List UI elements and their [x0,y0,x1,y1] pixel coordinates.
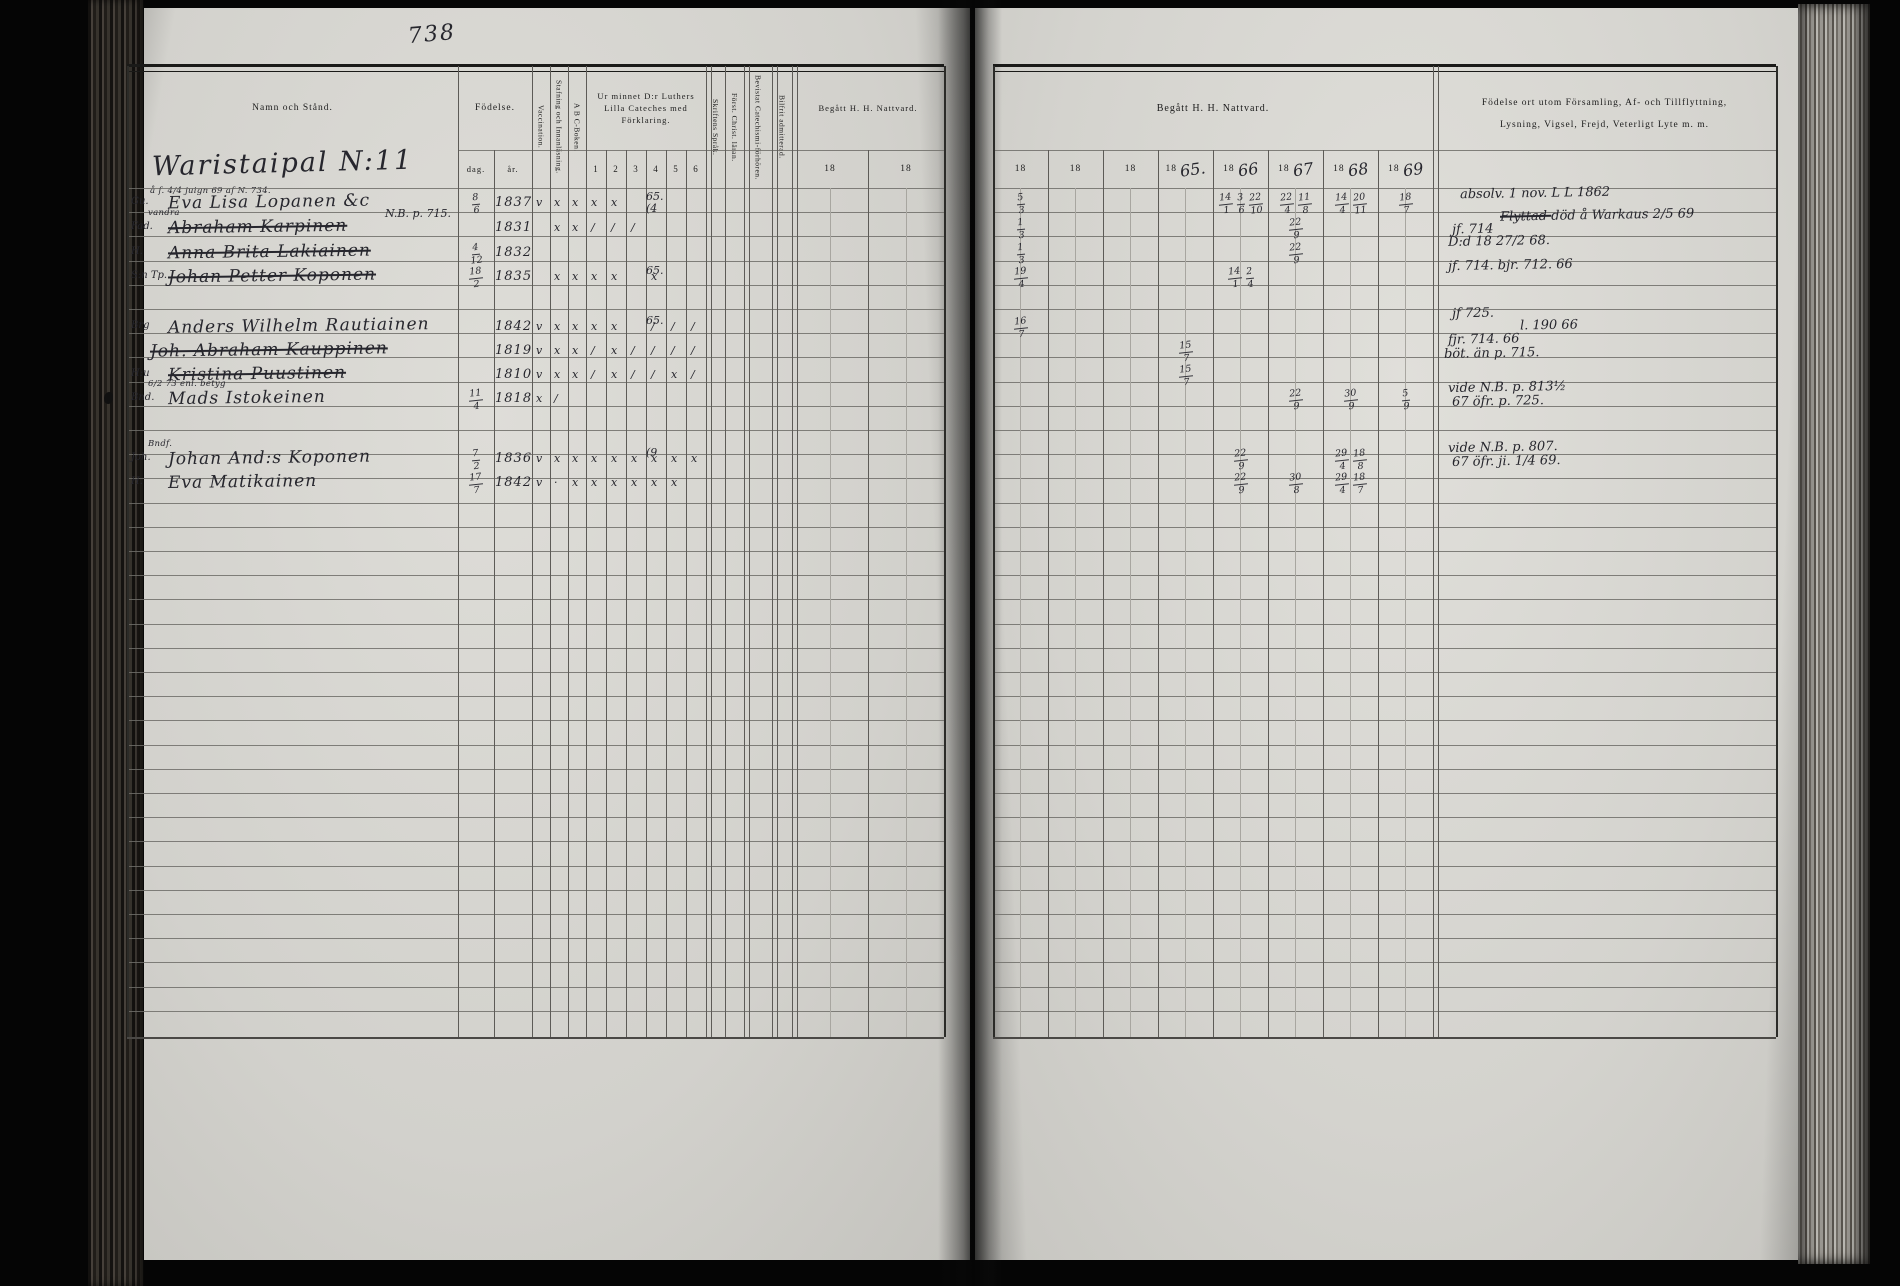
rule-line [127,575,944,576]
reading-mark: x [591,320,597,333]
rule-line [127,527,944,528]
reading-mark: ∕ [554,392,558,405]
rule-line [993,503,1776,504]
rule-line [1405,188,1406,1037]
rule-line [993,624,1776,625]
nattvard-year-cell: 18 [1048,150,1103,188]
annotation-text: 67 öfr. p. 725. [1452,393,1544,410]
rule-line [127,672,944,673]
reading-mark: ∕ [691,344,695,357]
rule-line [772,66,778,1037]
hand-fraction: 229 [1232,472,1248,495]
hand-fraction: 59 [1400,389,1410,412]
reading-mark: x [591,270,597,283]
reading-mark: ∕ [671,344,675,357]
nattvard-year-cell: 1868 [1323,150,1378,188]
church-record-book-scan: 738 Namn och Stånd. Födelse. dag. år. Va… [0,0,1900,1286]
communion-date: 294188 [1332,449,1368,471]
table-top-border [993,71,1776,72]
communion-date: 224118 [1277,193,1313,215]
hand-fraction: 294 [1333,448,1349,471]
rule-line [993,357,1776,358]
book-edge-right [1798,4,1870,1264]
communion-date: 229 [1231,473,1249,495]
reading-mark: ∕ [691,320,695,333]
reading-mark: x [572,221,578,234]
communion-date: 294187 [1332,473,1368,495]
reading-mark: v [536,344,542,357]
margin-annotation: 67 öfr. p. 725. [1452,393,1544,410]
rule-line [127,866,944,867]
communion-date: 229 [1231,449,1249,471]
rule-line [993,599,1776,600]
annotation-text: jf 725. [1452,306,1494,322]
reading-mark: ∕ [591,344,595,357]
hand-fraction: 182 [468,266,484,289]
reading-mark: x [611,196,617,209]
reading-mark: x [671,368,677,381]
year-printed: 18 [1388,164,1400,174]
catechism-visit-mark: (4 [646,202,657,215]
person-name: Mads Istokeinen [168,387,326,409]
reading-mark: x [554,344,560,357]
hand-fraction: 188 [1351,448,1367,471]
nattvard-year-cell: 1869 [1378,150,1433,188]
birth-year: 1831 [495,220,532,235]
hand-fraction: 187 [1397,192,1413,215]
rule-line [993,309,1776,310]
nattvard-year-cell: 1867 [1268,150,1323,188]
reading-mark: v [536,452,542,465]
rule-line [127,817,944,818]
rule-line [993,66,995,1037]
row-prefix: Bnd. [131,392,154,403]
reading-mark: x [554,368,560,381]
rule-line [993,478,1776,479]
hand-fraction: 141 [1217,192,1233,215]
row-prefix: S:n Tp. [131,270,167,281]
reading-mark: x [591,196,597,209]
row-note-right: N.B. p. 715. [385,207,451,220]
hand-fraction: 2210 [1247,192,1263,215]
table-bottom-border [127,1037,944,1039]
communion-date: 309 [1341,389,1359,411]
reading-mark: x [572,196,578,209]
reading-mark: x [554,270,560,283]
rule-line [626,150,627,1037]
person-name: Joh. Abraham Kauppinen [150,338,388,361]
reading-mark: x [671,452,677,465]
rule-line [1323,150,1324,1037]
reading-mark: x [572,320,578,333]
annotation-text: l. 190 66 [1520,317,1578,333]
communion-date: 141362210 [1216,193,1264,215]
margin-annotation: jf. 714. bjr. 712. 66 [1448,257,1573,274]
header-abc-boken: A B C-Boken. [568,66,586,188]
rule-line [993,648,1776,649]
rule-line [993,382,1776,383]
annotation-text: D:d 18 27/2 68. [1448,233,1550,250]
birth-day: 86 [470,193,482,215]
birth-year: 1842 [495,319,532,334]
communion-date: 308 [1286,473,1304,495]
person-name: Johan And:s Koponen [168,447,371,470]
rule-line [744,66,750,1037]
nattvard-year-cell: 1866 [1213,150,1268,188]
header-begatt-nattvard-left: Begått H. H. Nattvard. [792,66,944,150]
nattvard-year-cell: 18 [792,150,868,188]
communion-date: 229 [1286,218,1304,240]
hand-fraction: 53 [1015,193,1025,216]
hand-fraction: 177 [468,472,484,495]
communion-date: 53 [1014,193,1026,215]
reading-mark: ∕ [591,368,595,381]
reading-mark: x [572,476,578,489]
person-name: Abraham Karpinen [168,216,348,239]
reading-mark: x [611,452,617,465]
header-namn-och-stand: Namn och Stånd. [127,66,458,150]
reading-mark: x [572,368,578,381]
reading-mark: x [572,344,578,357]
year-handwritten: 66 [1236,158,1259,180]
rule-line [993,261,1776,262]
luther-col-number: 2 [606,150,626,188]
rule-line [1268,150,1269,1037]
reading-mark: x [554,320,560,333]
communion-date: 194 [1011,267,1029,289]
margin-annotation: l. 190 66 [1520,317,1578,333]
table-bottom-border [993,1037,1776,1039]
reading-mark: ∕ [631,368,635,381]
rule-line [1213,150,1214,1037]
birth-year: 1819 [495,343,532,358]
row-prefix: Fad. [131,221,153,232]
communion-date: 229 [1286,243,1304,265]
rule-line [127,430,944,431]
rule-line [606,150,607,1037]
row-prefix: Gu. [131,196,149,207]
reading-mark: v [536,320,542,333]
rule-line [993,188,1776,189]
rule-line [993,150,1776,151]
reading-mark: x [611,476,617,489]
hand-fraction: 114 [468,388,484,411]
reading-mark: x [631,476,637,489]
rule-line [127,624,944,625]
rule-line [993,454,1776,455]
communion-date: 13 [1014,218,1026,240]
birth-day: 177 [467,473,485,495]
rule-line [993,987,1776,988]
reading-mark: x [572,452,578,465]
rule-line [127,648,944,649]
birth-day: 114 [467,389,485,411]
reading-mark: ∕ [651,344,655,357]
reading-mark: ∕ [631,344,635,357]
rule-line [1378,150,1379,1037]
annotation-text: 67 öfr. ji. 1/4 69. [1452,453,1561,470]
rule-line [127,599,944,600]
rule-line [127,696,944,697]
header-fodelse: Födelse. [458,66,532,150]
rule-line [1048,150,1049,1037]
row-prefix: H. [131,246,143,257]
row-note-above: vandra [148,208,180,218]
reading-mark: x [554,221,560,234]
reading-mark: x [554,196,560,209]
catechism-visit-mark: 65. [646,314,664,327]
rule-line [993,866,1776,867]
rule-line [993,285,1776,286]
page-number: 738 [407,20,457,49]
annotation-text: böt. än p. 715. [1444,345,1540,362]
reading-mark: ∕ [591,221,595,234]
rule-line [127,745,944,746]
rule-line [993,793,1776,794]
birth-year: 1842 [495,475,532,490]
table-top-border [127,71,944,72]
birth-year: 1836 [495,451,532,466]
nattvard-year-cell: 1865. [1158,150,1213,188]
reading-mark: x [651,476,657,489]
reading-mark: x [611,344,617,357]
luther-col-number: 3 [626,150,646,188]
rule-line [993,745,1776,746]
hand-fraction: 224 [1278,192,1294,215]
margin-annotation: böt. än p. 715. [1444,345,1540,362]
rule-line [127,890,944,891]
rule-line [993,551,1776,552]
nattvard-year-cell: 18 [1103,150,1158,188]
hand-fraction: 24 [1244,267,1254,290]
rule-line [993,333,1776,334]
hand-fraction: 13 [1015,218,1025,241]
year-printed: 18 [1070,164,1082,174]
hand-fraction: 167 [1012,316,1028,339]
rule-line [1130,188,1131,1037]
rule-line [127,188,944,189]
hand-fraction: 229 [1287,388,1303,411]
row-prefix: H:u [131,368,150,379]
hand-fraction: 187 [1351,472,1367,495]
annotation-text: jf. 714. bjr. 712. 66 [1448,257,1573,274]
year-handwritten: 65. [1179,158,1207,180]
year-handwritten: 69 [1401,158,1424,180]
person-name: Eva Lisa Lopanen &c [168,191,370,214]
communion-date: 167 [1011,317,1029,339]
rule-line [830,188,831,1037]
rule-line [906,188,907,1037]
rule-line [1295,188,1296,1037]
header-stafning: Stafning och Innanläsning. [550,66,568,188]
reading-mark: x [591,452,597,465]
table-top-border [127,64,944,67]
rule-line [127,551,944,552]
reading-mark: ∕ [651,368,655,381]
rule-line [993,914,1776,915]
right-page [975,8,1803,1260]
luther-col-number: 1 [586,150,606,188]
reading-mark: v [536,196,542,209]
rule-line [1350,188,1351,1037]
rule-line [993,720,1776,721]
header-fodelseort-line1: Födelse ort utom Församling, Af- och Til… [1433,92,1776,114]
catechism-visit-mark: 65. [646,264,664,277]
hand-fraction: 36 [1235,193,1245,216]
rule-line [127,962,944,963]
birth-day: 72 [470,449,482,471]
hand-fraction: 412 [469,242,483,265]
year-printed: 18 [1333,164,1345,174]
reading-mark: x [611,368,617,381]
communion-date: 187 [1396,193,1414,215]
hand-fraction: 141 [1226,266,1242,289]
reading-mark: x [591,476,597,489]
reading-mark: v [536,476,542,489]
reading-mark: ∕ [691,368,695,381]
rule-line [127,793,944,794]
birth-year: 1837 [495,195,532,210]
luther-col-number: 5 [666,150,686,188]
hand-fraction: 118 [1296,192,1312,215]
header-forsta-christ-laran: Först. Christ. läran. [725,66,744,188]
catechism-visit-mark: (9 [646,446,657,459]
rule-line [1185,188,1186,1037]
year-handwritten: 67 [1291,158,1314,180]
rule-line [993,575,1776,576]
margin-annotation: D:d 18 27/2 68. [1448,233,1550,250]
header-vaccination: Vaccination. [532,66,550,188]
communion-date: 157 [1176,341,1194,363]
annotation-text: död å Warkaus 2/5 69 [1551,206,1694,223]
reading-mark: x [536,392,542,405]
hand-fraction: 72 [471,449,481,472]
rule-line [646,150,647,1037]
year-printed: 18 [1015,164,1027,174]
birth-year: 1810 [495,367,532,382]
year-printed: 18 [1125,164,1137,174]
year-printed: 18 [1166,164,1178,174]
communion-date: 157 [1176,365,1194,387]
reading-mark: ∕ [671,320,675,333]
birth-year: 1832 [495,245,532,260]
rule-line [993,890,1776,891]
rule-line [993,938,1776,939]
communion-date: 13 [1014,243,1026,265]
header-fodelseort-notes: Födelse ort utom Församling, Af- och Til… [1433,92,1776,136]
header-fodelseort-line2: Lysning, Vigsel, Frejd, Veterligt Lyte m… [1433,114,1776,136]
person-name: Eva Matikainen [168,471,317,493]
rule-line [993,1011,1776,1012]
year-handwritten: 68 [1346,158,1369,180]
hand-fraction: 2011 [1351,192,1367,215]
hand-fraction: 157 [1177,340,1193,363]
rule-line [993,406,1776,407]
hand-fraction: 229 [1287,217,1303,240]
hand-fraction: 229 [1232,448,1248,471]
rule-line [993,696,1776,697]
reading-mark: x [611,320,617,333]
row-note-above: Bndf. [148,439,172,449]
rule-line [993,527,1776,528]
rule-line [686,150,687,1037]
hand-fraction: 13 [1015,243,1025,266]
rule-line [127,66,129,1037]
hand-fraction: 157 [1177,364,1193,387]
margin-annotation: 67 öfr. ji. 1/4 69. [1452,453,1561,470]
header-ar: år. [494,150,532,188]
struck-word: Flyttad [1500,209,1551,225]
rule-line [568,66,569,1037]
rule-line [1240,188,1241,1037]
rule-line [127,987,944,988]
row-prefix: Brg [131,320,150,331]
luther-col-number: 4 [646,150,666,188]
header-luther-catechism: Ur minnet D:r Luthers Lilla Cateches med… [586,66,706,150]
birth-year: 1818 [495,391,532,406]
header-begatt-nattvard-right: Begått H. H. Nattvard. [993,66,1433,150]
communion-date: 14124 [1225,267,1255,289]
table-top-border [993,64,1776,67]
rule-line [127,503,944,504]
birth-day: 412 [468,243,484,265]
hand-fraction: 86 [471,193,481,216]
birth-year: 1835 [495,269,532,284]
hand-fraction: 194 [1012,266,1028,289]
birth-day: 182 [467,267,485,289]
hand-fraction: 229 [1287,242,1303,265]
hand-fraction: 294 [1333,472,1349,495]
reading-mark: v [536,368,542,381]
rule-line [586,66,587,1037]
luther-col-number: 6 [686,150,706,188]
person-name: Anders Wilhelm Rautiainen [168,314,430,338]
communion-date: 229 [1286,389,1304,411]
book-edge-left [88,0,144,1286]
rule-line [1075,188,1076,1037]
rule-line [550,66,551,1037]
row-prefix: H. [131,476,143,487]
margin-annotation: jf 725. [1452,306,1494,322]
nattvard-year-cell: 18 [993,150,1048,188]
rule-line [127,841,944,842]
reading-mark: x [554,452,560,465]
annotation-text: absolv. 1 nov. L L 1862 [1460,185,1610,203]
rule-line [127,938,944,939]
rule-line [993,672,1776,673]
reading-mark: x [572,270,578,283]
rule-line [666,150,667,1037]
rule-line [1433,66,1439,1037]
person-name: Johan Petter Koponen [168,265,376,288]
rule-line [993,769,1776,770]
person-name: Anna Brita Lakiainen [168,241,371,264]
rule-line [127,720,944,721]
hand-fraction: 308 [1287,472,1303,495]
rule-line [993,841,1776,842]
rule-line [532,66,533,1037]
rule-line [993,236,1776,237]
rule-line [993,430,1776,431]
rule-line [725,66,726,1037]
margin-annotation: absolv. 1 nov. L L 1862 [1460,185,1610,203]
rule-line [458,66,459,1037]
reading-mark: x [671,476,677,489]
header-dag: dag. [458,150,494,188]
year-printed: 18 [1223,164,1235,174]
rule-line [127,1011,944,1012]
communion-date: 1442011 [1332,193,1368,215]
